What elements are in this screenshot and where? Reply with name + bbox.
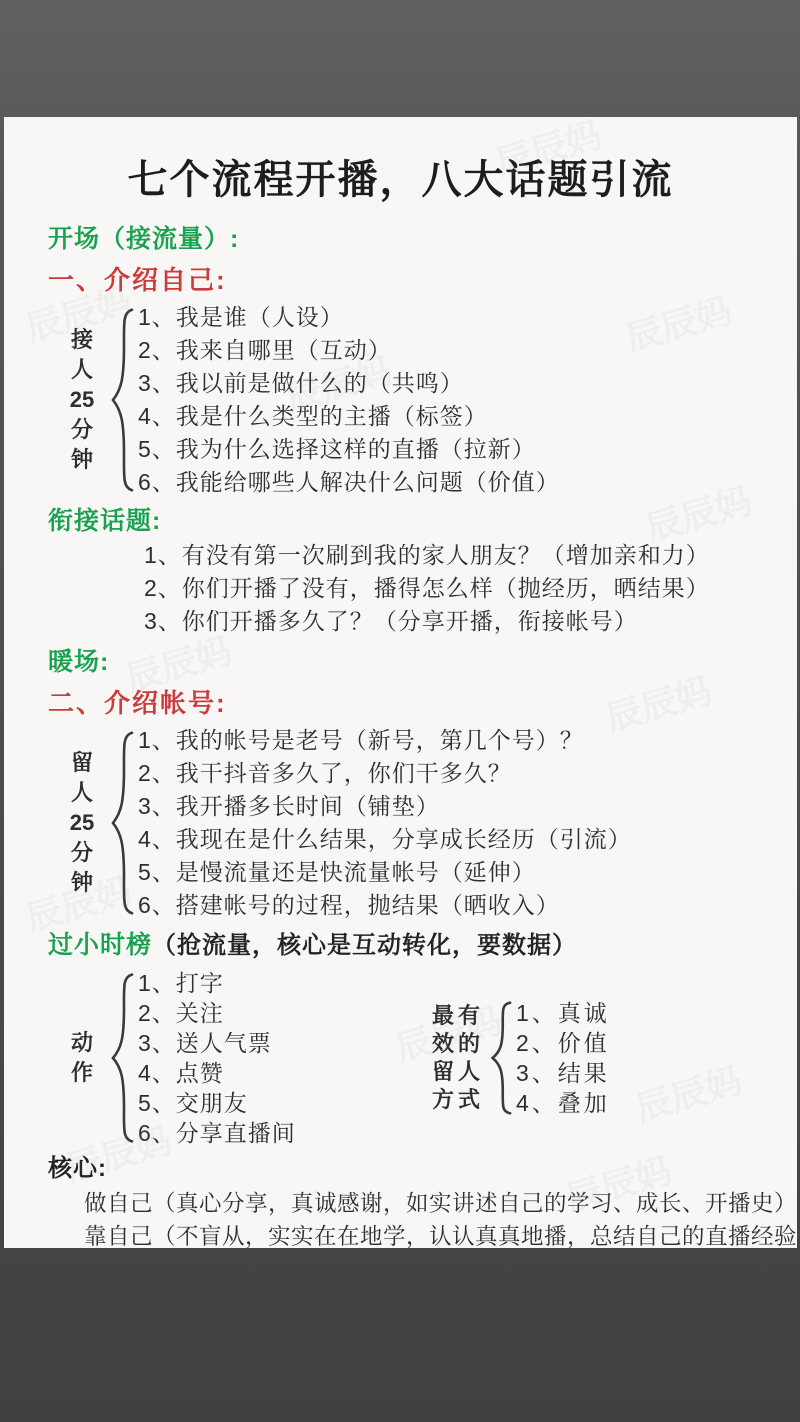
side-label-char: 钟: [58, 868, 106, 898]
action-group: 动 作 1、打字 2、关注 3、送人气票 4、点赞 5、交朋友 6、分享直播间: [58, 968, 388, 1148]
hourly-rank-zone: 动 作 1、打字 2、关注 3、送人气票 4、点赞 5、交朋友 6、分享直播间 …: [48, 968, 753, 1148]
list-item: 2、我干抖音多久了，你们干多久？: [138, 757, 632, 790]
list-item: 3、结果: [516, 1058, 610, 1088]
intro-self-items: 1、我是谁（人设） 2、我来自哪里（互动） 3、我以前是做什么的（共鸣） 4、我…: [138, 301, 560, 499]
side-label-char: 作: [58, 1058, 106, 1088]
core-line: 靠自己（不盲从，实实在在地学，认认真真地播，总结自己的直播经验）: [84, 1220, 753, 1248]
list-item: 6、分享直播间: [138, 1118, 388, 1148]
intro-account-items: 1、我的帐号是老号（新号，第几个号）？ 2、我干抖音多久了，你们干多久？ 3、我…: [138, 724, 632, 922]
list-item: 4、我现在是什么结果，分享成长经历（引流）: [138, 823, 632, 856]
side-label-char: 留: [58, 748, 106, 778]
heading-hourly-rank-note: （抢流量，核心是互动转化，要数据）: [152, 932, 577, 959]
side-label-chars: 方式: [430, 1086, 486, 1114]
side-label-char: 人: [58, 355, 106, 385]
side-label-char: 动: [58, 1028, 106, 1058]
list-item: 2、我来自哪里（互动）: [138, 334, 560, 367]
heading-opening: 开场（接流量）:: [48, 223, 753, 255]
list-item: 6、我能给哪些人解决什么问题（价值）: [138, 466, 560, 499]
heading-bridge-topics: 衔接话题:: [48, 505, 753, 537]
list-item: 5、交朋友: [138, 1088, 388, 1118]
section-intro-account-group: 留 人 25 分 钟 1、我的帐号是老号（新号，第几个号）？ 2、我干抖音多久了…: [58, 724, 753, 922]
list-item: 1、有没有第一次刷到我的家人朋友？（增加亲和力）: [144, 539, 753, 572]
side-label-liuren-25min: 留 人 25 分 钟: [58, 748, 106, 898]
list-item: 4、点赞: [138, 1058, 388, 1088]
list-item: 3、送人气票: [138, 1028, 388, 1058]
action-items: 1、打字 2、关注 3、送人气票 4、点赞 5、交朋友 6、分享直播间: [138, 968, 388, 1148]
list-item: 5、是慢流量还是快流量帐号（延伸）: [138, 856, 632, 889]
heading-intro-account: 二、介绍帐号:: [48, 686, 753, 720]
side-label-chars: 效的: [430, 1030, 486, 1058]
curly-brace: [108, 730, 134, 916]
heading-warmup: 暖场:: [48, 646, 753, 678]
side-label-char: 分: [58, 415, 106, 445]
list-item: 3、你们开播多久了？（分享开播，衔接帐号）: [144, 605, 753, 638]
list-item: 2、关注: [138, 998, 388, 1028]
heading-core: 核心:: [48, 1154, 753, 1184]
poster-card: 辰辰妈 辰辰妈 辰辰妈 辰辰妈 辰辰妈 辰辰妈 辰辰妈 辰辰妈 辰辰妈 辰辰妈 …: [4, 117, 797, 1248]
core-lines: 做自己（真心分享，真诚感谢，如实讲述自己的学习、成长、开播史） 靠自己（不盲从，…: [84, 1187, 753, 1248]
list-item: 1、打字: [138, 968, 388, 998]
heading-hourly-rank: 过小时榜（抢流量，核心是互动转化，要数据）: [48, 928, 753, 966]
side-label-char: 25: [58, 385, 106, 415]
side-label-chars: 最有: [430, 1002, 486, 1030]
list-item: 4、叠加: [516, 1088, 610, 1118]
side-label-jieren-25min: 接 人 25 分 钟: [58, 325, 106, 475]
section-intro-self-group: 接 人 25 分 钟 1、我是谁（人设） 2、我来自哪里（互动） 3、我以前是做…: [58, 301, 753, 499]
curly-brace: [108, 972, 134, 1144]
side-label-char: 分: [58, 838, 106, 868]
list-item: 1、真诚: [516, 998, 610, 1028]
heading-intro-self: 一、介绍自己:: [48, 263, 753, 297]
page-title: 七个流程开播，八大话题引流: [48, 157, 753, 203]
list-item: 4、我是什么类型的主播（标签）: [138, 400, 560, 433]
core-line: 做自己（真心分享，真诚感谢，如实讲述自己的学习、成长、开播史）: [84, 1187, 753, 1220]
side-label-char: 钟: [58, 445, 106, 475]
bridge-topic-items: 1、有没有第一次刷到我的家人朋友？（增加亲和力） 2、你们开播了没有，播得怎么样…: [144, 539, 753, 638]
retain-items: 1、真诚 2、价值 3、结果 4、叠加: [516, 998, 610, 1118]
list-item: 5、我为什么选择这样的直播（拉新）: [138, 433, 560, 466]
curly-brace: [488, 1001, 512, 1115]
list-item: 1、我的帐号是老号（新号，第几个号）？: [138, 724, 632, 757]
list-item: 6、搭建帐号的过程，抛结果（晒收入）: [138, 889, 632, 922]
side-label-char: 人: [58, 778, 106, 808]
side-label-action: 动 作: [58, 1028, 106, 1088]
side-label-char: 25: [58, 808, 106, 838]
list-item: 3、我开播多长时间（铺垫）: [138, 790, 632, 823]
retain-group: 最有 效的 留人 方式 1、真诚 2、价值 3、结果 4、叠加: [430, 998, 610, 1118]
list-item: 2、你们开播了没有，播得怎么样（抛经历，晒结果）: [144, 572, 753, 605]
heading-hourly-rank-green: 过小时榜: [48, 931, 152, 959]
list-item: 3、我以前是做什么的（共鸣）: [138, 367, 560, 400]
curly-brace: [108, 307, 134, 493]
list-item: 2、价值: [516, 1028, 610, 1058]
side-label-retain-method: 最有 效的 留人 方式: [430, 1002, 486, 1114]
list-item: 1、我是谁（人设）: [138, 301, 560, 334]
side-label-chars: 留人: [430, 1058, 486, 1086]
side-label-char: 接: [58, 325, 106, 355]
